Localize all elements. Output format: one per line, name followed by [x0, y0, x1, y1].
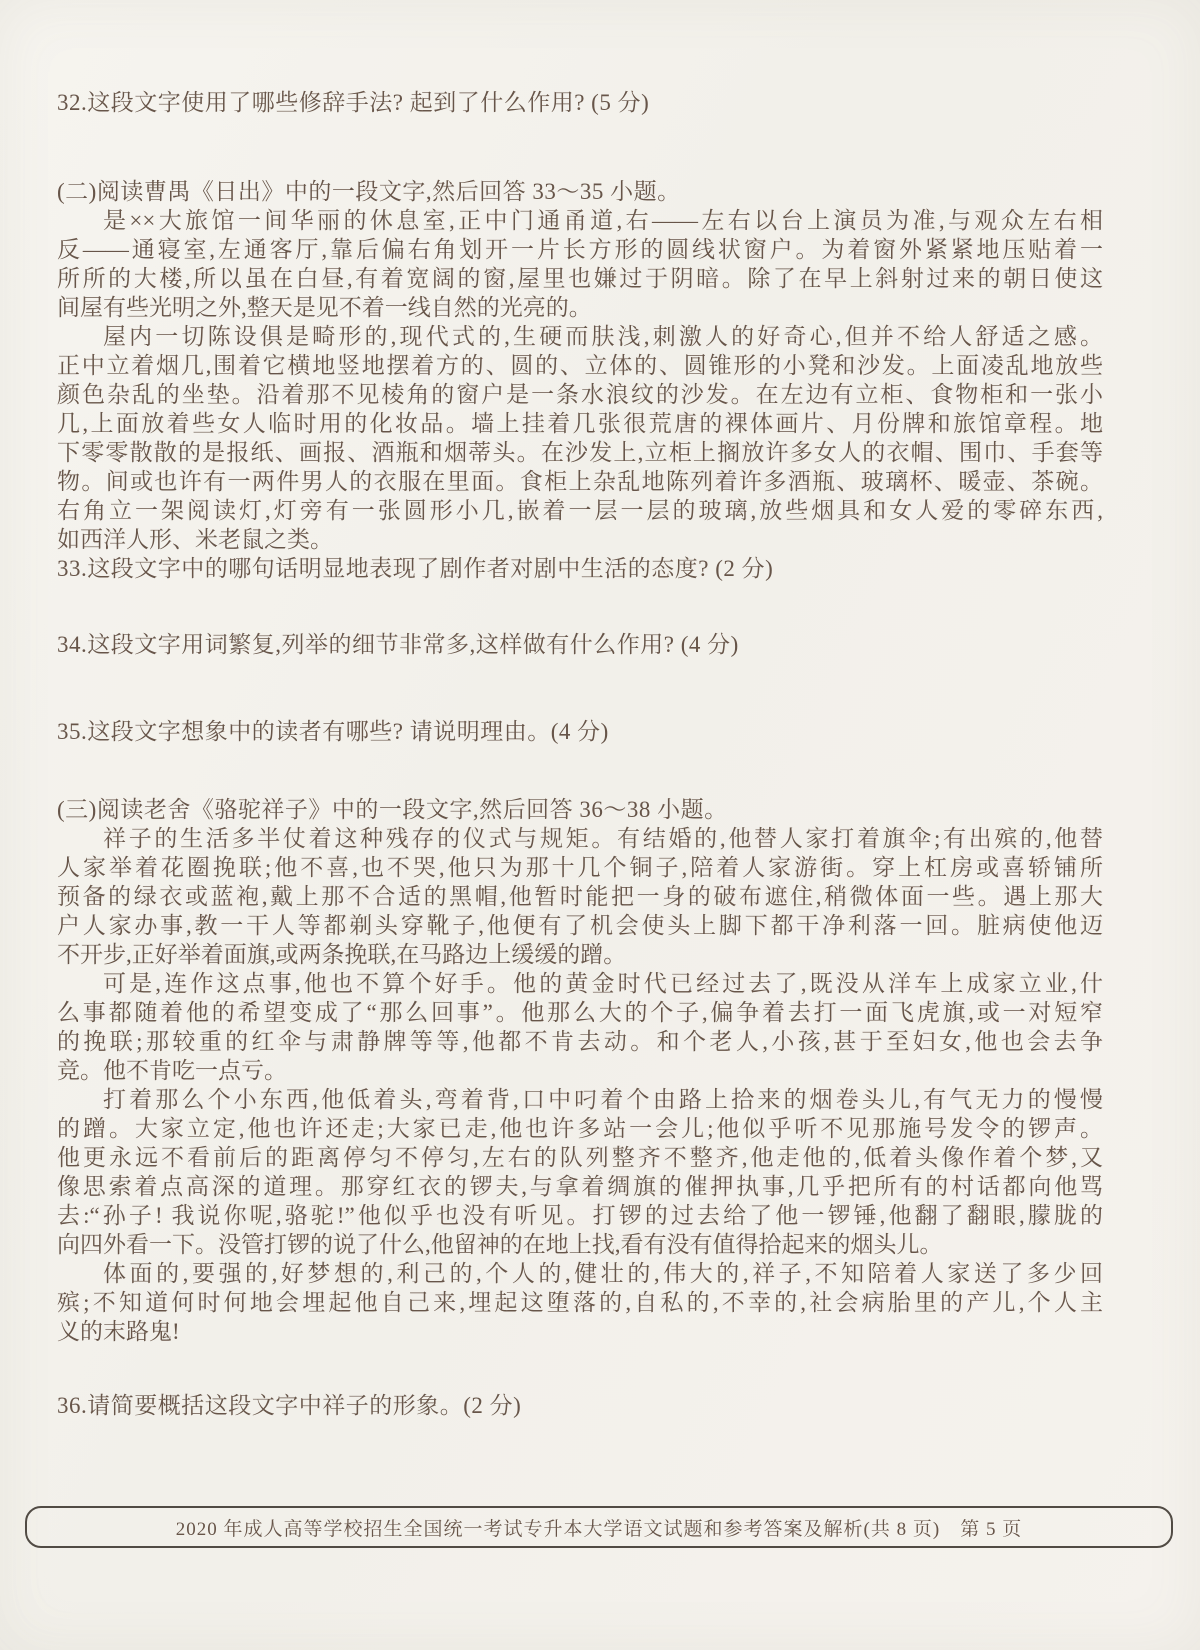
- luotuo-paragraph-2: 可是,连作这点事,他也不算个好手。他的黄金时代已经过去了,既没从洋车上成家立业,…: [57, 969, 1103, 1085]
- exam-paper-page: 32.这段文字使用了哪些修辞手法? 起到了什么作用? (5 分)(二)阅读曹禺《…: [0, 0, 1200, 1650]
- richu-paragraph-1: 是××大旅馆一间华丽的休息室,正中门通甬道,右——左右以台上演员为准,与观众左右…: [57, 206, 1103, 322]
- text-line: 间屋有些光明之外,整天是见不着一线自然的光亮的。: [57, 293, 1103, 322]
- text-line: 打着那么个小东西,他低着头,弯着背,口中叼着个由路上拾来的烟卷头儿,有气无力的慢…: [57, 1085, 1103, 1114]
- question-34: 34.这段文字用词繁复,列举的细节非常多,这样做有什么作用? (4 分): [57, 630, 1103, 659]
- text-line: 反——通寝室,左通客厅,靠后偏右角划开一片长方形的圆线状窗户。为着窗外紧紧地压贴…: [57, 235, 1103, 264]
- text-line: 是××大旅馆一间华丽的休息室,正中门通甬道,右——左右以台上演员为准,与观众左右…: [57, 206, 1103, 235]
- text-line: 义的末路鬼!: [57, 1317, 1103, 1346]
- section-3-heading: (三)阅读老舍《骆驼祥子》中的一段文字,然后回答 36～38 小题。: [57, 795, 1103, 824]
- text-line: 祥子的生活多半仗着这种残存的仪式与规矩。有结婚的,他替人家打着旗伞;有出殡的,他…: [57, 824, 1103, 853]
- text-line: 所所的大楼,所以虽在白昼,有着宽阔的窗,屋里也嫌过于阴暗。除了在早上斜射过来的朝…: [57, 264, 1103, 293]
- text-line: 下零零散散的是报纸、画报、酒瓶和烟蒂头。在沙发上,立柜上搁放许多女人的衣帽、围巾…: [57, 438, 1103, 467]
- luotuo-paragraph-4: 体面的,要强的,好梦想的,利己的,个人的,健壮的,伟大的,祥子,不知陪着人家送了…: [57, 1259, 1103, 1346]
- text-line: 的挽联;那较重的红伞与肃静牌等等,他都不肯去动。和个老人,小孩,甚于至妇女,他也…: [57, 1027, 1103, 1056]
- luotuo-paragraph-3: 打着那么个小东西,他低着头,弯着背,口中叼着个由路上拾来的烟卷头儿,有气无力的慢…: [57, 1085, 1103, 1259]
- section-2-heading: (二)阅读曹禺《日出》中的一段文字,然后回答 33～35 小题。: [57, 177, 1103, 206]
- text-line: 屋内一切陈设俱是畸形的,现代式的,生硬而肤浅,刺激人的好奇心,但并不给人舒适之感…: [57, 322, 1103, 351]
- text-line: 颜色杂乱的坐垫。沿着那不见棱角的窗户是一条水浪纹的沙发。在左边有立柜、食物柜和一…: [57, 380, 1103, 409]
- text-line: 他更永远不看前后的距离停匀不停匀,左右的队列整齐不整齐,他走他的,低着头像作着个…: [57, 1143, 1103, 1172]
- text-line: 右角立一架阅读灯,灯旁有一张圆形小几,嵌着一层一层的玻璃,放些烟具和女人爱的零碎…: [57, 496, 1103, 525]
- text-line: 物。间或也许有一两件男人的衣服在里面。食柜上杂乱地陈列着许多酒瓶、玻璃杯、暖壶、…: [57, 467, 1103, 496]
- question-33: 33.这段文字中的哪句话明显地表现了剧作者对剧中生活的态度? (2 分): [57, 554, 1103, 583]
- richu-paragraph-2: 屋内一切陈设俱是畸形的,现代式的,生硬而肤浅,刺激人的好奇心,但并不给人舒适之感…: [57, 322, 1103, 554]
- text-line: 殡;不知道何时何地会埋起他自己来,埋起这堕落的,自私的,不幸的,社会病胎里的产儿…: [57, 1288, 1103, 1317]
- text-line: 去:“孙子! 我说你呢,骆驼!”他似乎也没有听见。打锣的过去给了他一锣锤,他翻了…: [57, 1201, 1103, 1230]
- text-line: 户人家办事,教一干人等都剃头穿靴子,他便有了机会使头上脚下都干净利落一回。脏病使…: [57, 911, 1103, 940]
- text-line: 竞。他不肯吃一点亏。: [57, 1056, 1103, 1085]
- text-line: 几,上面放着些女人临时用的化妆品。墙上挂着几张很荒唐的裸体画片、月份牌和旅馆章程…: [57, 409, 1103, 438]
- luotuo-paragraph-1: 祥子的生活多半仗着这种残存的仪式与规矩。有结婚的,他替人家打着旗伞;有出殡的,他…: [57, 824, 1103, 969]
- text-line: 么事都随着他的希望变成了“那么回事”。他那么大的个子,偏争着去打一面飞虎旗,或一…: [57, 998, 1103, 1027]
- text-line: 不开步,正好举着面旗,或两条挽联,在马路边上缓缓的蹭。: [57, 940, 1103, 969]
- text-line: 人家举着花圈挽联;他不喜,也不哭,他只为那十几个铜子,陪着人家游街。穿上杠房或喜…: [57, 853, 1103, 882]
- text-line: 如西洋人形、米老鼠之类。: [57, 525, 1103, 554]
- text-line: 可是,连作这点事,他也不算个好手。他的黄金时代已经过去了,既没从洋车上成家立业,…: [57, 969, 1103, 998]
- question-32: 32.这段文字使用了哪些修辞手法? 起到了什么作用? (5 分): [57, 88, 1103, 117]
- text-line: 像思索着点高深的道理。那穿红衣的锣夫,与拿着绸旗的催押执事,几乎把所有的村话都向…: [57, 1172, 1103, 1201]
- question-36: 36.请简要概括这段文字中祥子的形象。(2 分): [57, 1391, 1103, 1420]
- text-line: 预备的绿衣或蓝袍,戴上那不合适的黑帽,他暂时能把一身的破布遮住,稍微体面一些。遇…: [57, 882, 1103, 911]
- exam-body-text: 32.这段文字使用了哪些修辞手法? 起到了什么作用? (5 分)(二)阅读曹禺《…: [57, 88, 1103, 1420]
- page-footer-box: 2020 年成人高等学校招生全国统一考试专升本大学语文试题和参考答案及解析(共 …: [25, 1506, 1173, 1548]
- text-line: 体面的,要强的,好梦想的,利己的,个人的,健壮的,伟大的,祥子,不知陪着人家送了…: [57, 1259, 1103, 1288]
- text-line: 的蹭。大家立定,他也许还走;大家已走,他也许多站一会儿;他似乎听不见那施号发令的…: [57, 1114, 1103, 1143]
- text-line: 向四外看一下。没管打锣的说了什么,他留神的在地上找,看有没有值得拾起来的烟头儿。: [57, 1230, 1103, 1259]
- question-35: 35.这段文字想象中的读者有哪些? 请说明理由。(4 分): [57, 717, 1103, 746]
- text-line: 正中立着烟几,围着它横地竖地摆着方的、圆的、立体的、圆锥形的小凳和沙发。上面凌乱…: [57, 351, 1103, 380]
- page-footer-text: 2020 年成人高等学校招生全国统一考试专升本大学语文试题和参考答案及解析(共 …: [176, 1514, 1022, 1541]
